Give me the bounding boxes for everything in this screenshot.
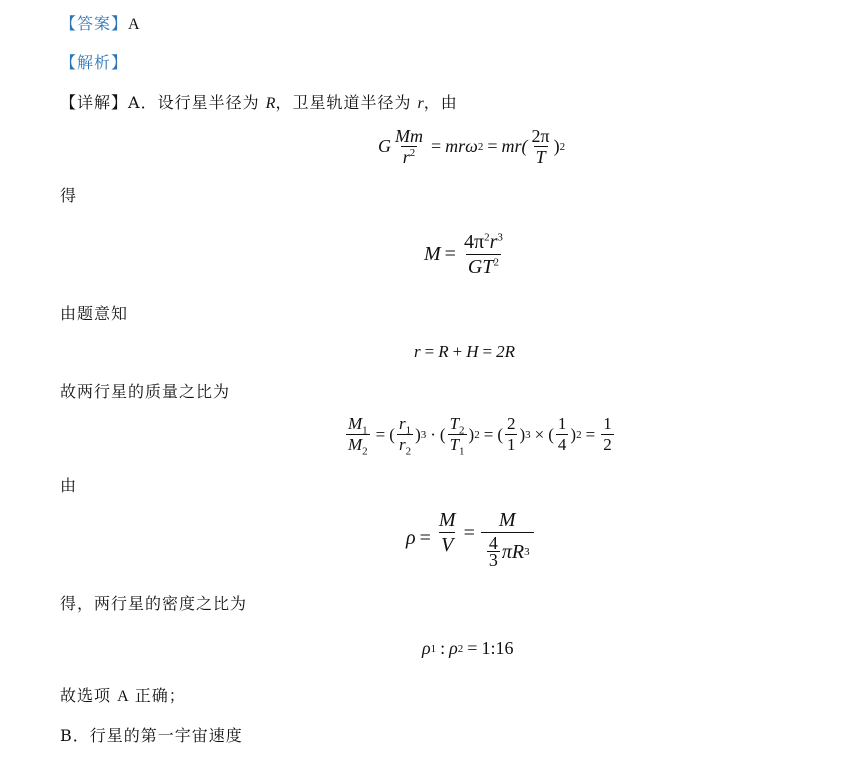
correct-prefix: 故选项: [60, 686, 117, 705]
eq1-equals-2: =: [487, 136, 497, 157]
eq4-dot: ·: [430, 425, 436, 445]
equation-density-ratio-result: ρ1 : ρ2 = 1:16: [422, 638, 513, 659]
eq4-f2: T2 T1: [448, 414, 467, 455]
eq1-frac: Mm r2: [393, 126, 425, 167]
eq3-r: r: [414, 342, 421, 362]
equation-orbit-radius: r = R + H = 2R: [414, 342, 515, 362]
eq4-f3: 2 1: [505, 414, 518, 455]
equation-mass-ratio: M1 M2 = ( r1 r2 )3 · ( T2 T1 )2 = ( 2 1 …: [344, 414, 616, 455]
eq1-den-exp: 2: [410, 147, 416, 159]
text-mass-ratio: 故两行星的质量之比为: [60, 382, 230, 402]
analysis-tag: 【解析】: [60, 53, 128, 72]
answer-tag: 【答案】: [60, 14, 128, 33]
eq6-rho2: ρ: [449, 638, 458, 659]
eq2-num-coef: 4π: [464, 231, 484, 253]
equation-mass: M = 4π2r3 GT2: [424, 230, 507, 279]
text-youtiyizhi: 由题意知: [60, 304, 128, 324]
text-density-ratio: 得，两行星的密度之比为: [60, 594, 247, 614]
eq2-num-var-exp: 3: [497, 231, 503, 243]
eq4-lhs-den: M: [348, 435, 362, 454]
detail-intro-prefix: A．设行星半径为: [128, 93, 266, 112]
eq4-f4-num: 1: [556, 414, 569, 434]
eq4-f2-num: T: [450, 414, 459, 433]
eq2-lhs: M: [424, 243, 441, 266]
eq4-lhs-num: M: [348, 414, 362, 433]
eq1-inner-num: 2π: [530, 126, 552, 146]
eq5-equals: =: [420, 527, 431, 550]
equation-density: ρ = M V = M 4 3 πR3: [406, 508, 536, 568]
eq6-equals: =: [467, 638, 477, 659]
answer-line: 【答案】A: [60, 14, 140, 35]
eq5-f1-num: M: [439, 509, 456, 531]
eq1-mid: mrω: [445, 136, 478, 157]
correct-suffix: 正确；: [129, 686, 186, 705]
detail-intro-middle: ，卫星轨道半径为: [275, 93, 417, 112]
eq4-f3-den: 1: [505, 434, 518, 455]
eq5-f2-num: M: [499, 509, 516, 531]
detail-tag: 【详解】: [60, 93, 128, 112]
eq6-colon: :: [440, 638, 445, 659]
eq1-num: Mm: [395, 126, 423, 146]
eq3-H: H: [466, 342, 478, 362]
eq6-rho1: ρ: [422, 638, 431, 659]
eq4-times: ×: [535, 425, 545, 445]
eq4-equals-3: =: [586, 425, 596, 445]
eq1-den: r: [403, 147, 410, 167]
eq4-f1-num: r: [399, 414, 406, 433]
text-de: 得: [60, 186, 77, 206]
correct-letter: A: [117, 688, 129, 705]
eq4-lhs-frac: M1 M2: [346, 414, 370, 455]
eq1-G: G: [378, 136, 391, 157]
eq5-f1: M V: [437, 508, 458, 557]
text-you: 由: [60, 476, 77, 496]
eq3-plus: +: [453, 342, 463, 362]
eq1-inner-frac: 2π T: [530, 126, 552, 167]
eq3-R: R: [438, 342, 448, 362]
eq5-f1-den: V: [441, 534, 453, 556]
eq4-f1-den: r: [399, 435, 406, 454]
eq1-equals: =: [431, 136, 441, 157]
equation-gravity-centripetal: G Mm r2 = mrω2 = mr( 2π T )2: [378, 126, 565, 167]
eq5-f2: M 4 3 πR3: [481, 508, 534, 568]
eq5-den-coef-num: 4: [487, 535, 500, 551]
eq3-equals: =: [425, 342, 435, 362]
eq4-f3-num: 2: [505, 414, 518, 434]
eq4-f4-den: 4: [556, 434, 569, 455]
detail-intro-suffix: ，由: [424, 93, 458, 112]
eq5-rho: ρ: [406, 527, 416, 550]
eq5-equals-2: =: [464, 522, 475, 545]
text-option-b: B．行星的第一宇宙速度: [60, 726, 243, 746]
eq4-f4: 1 4: [556, 414, 569, 455]
eq4-res-num: 1: [601, 414, 614, 434]
eq1-right-prefix: mr(: [502, 136, 528, 157]
eq2-equals: =: [445, 243, 456, 266]
eq2-den-exp: 2: [493, 256, 499, 268]
eq1-right-suffix: ): [554, 136, 560, 157]
text-correct-option: 故选项 A 正确；: [60, 686, 186, 707]
eq4-f1-den-sub: 2: [406, 445, 412, 457]
eq5-den-rest: πR: [502, 542, 524, 562]
eq4-result: 1 2: [601, 414, 614, 455]
eq3-rhs: 2R: [496, 342, 515, 362]
answer-value: A: [128, 16, 140, 33]
var-R: R: [266, 95, 276, 112]
eq3-equals-2: =: [482, 342, 492, 362]
eq4-res-den: 2: [601, 434, 614, 455]
eq5-den-coef-den: 3: [487, 551, 500, 568]
eq1-inner-den: T: [536, 147, 546, 167]
eq6-rhs: 1:16: [481, 638, 513, 659]
eq4-f2-den: T: [450, 435, 459, 454]
eq2-frac: 4π2r3 GT2: [462, 230, 505, 279]
analysis-line: 【解析】: [60, 53, 128, 73]
eq4-f2-den-sub: 1: [459, 445, 465, 457]
eq4-equals: =: [376, 425, 386, 445]
eq2-den: GT: [468, 256, 494, 278]
eq4-lhs-den-sub: 2: [362, 445, 368, 457]
eq4-equals-2: =: [484, 425, 494, 445]
detail-intro-line: 【详解】A．设行星半径为 R，卫星轨道半径为 r，由: [60, 93, 458, 114]
eq4-f1: r1 r2: [397, 414, 413, 455]
